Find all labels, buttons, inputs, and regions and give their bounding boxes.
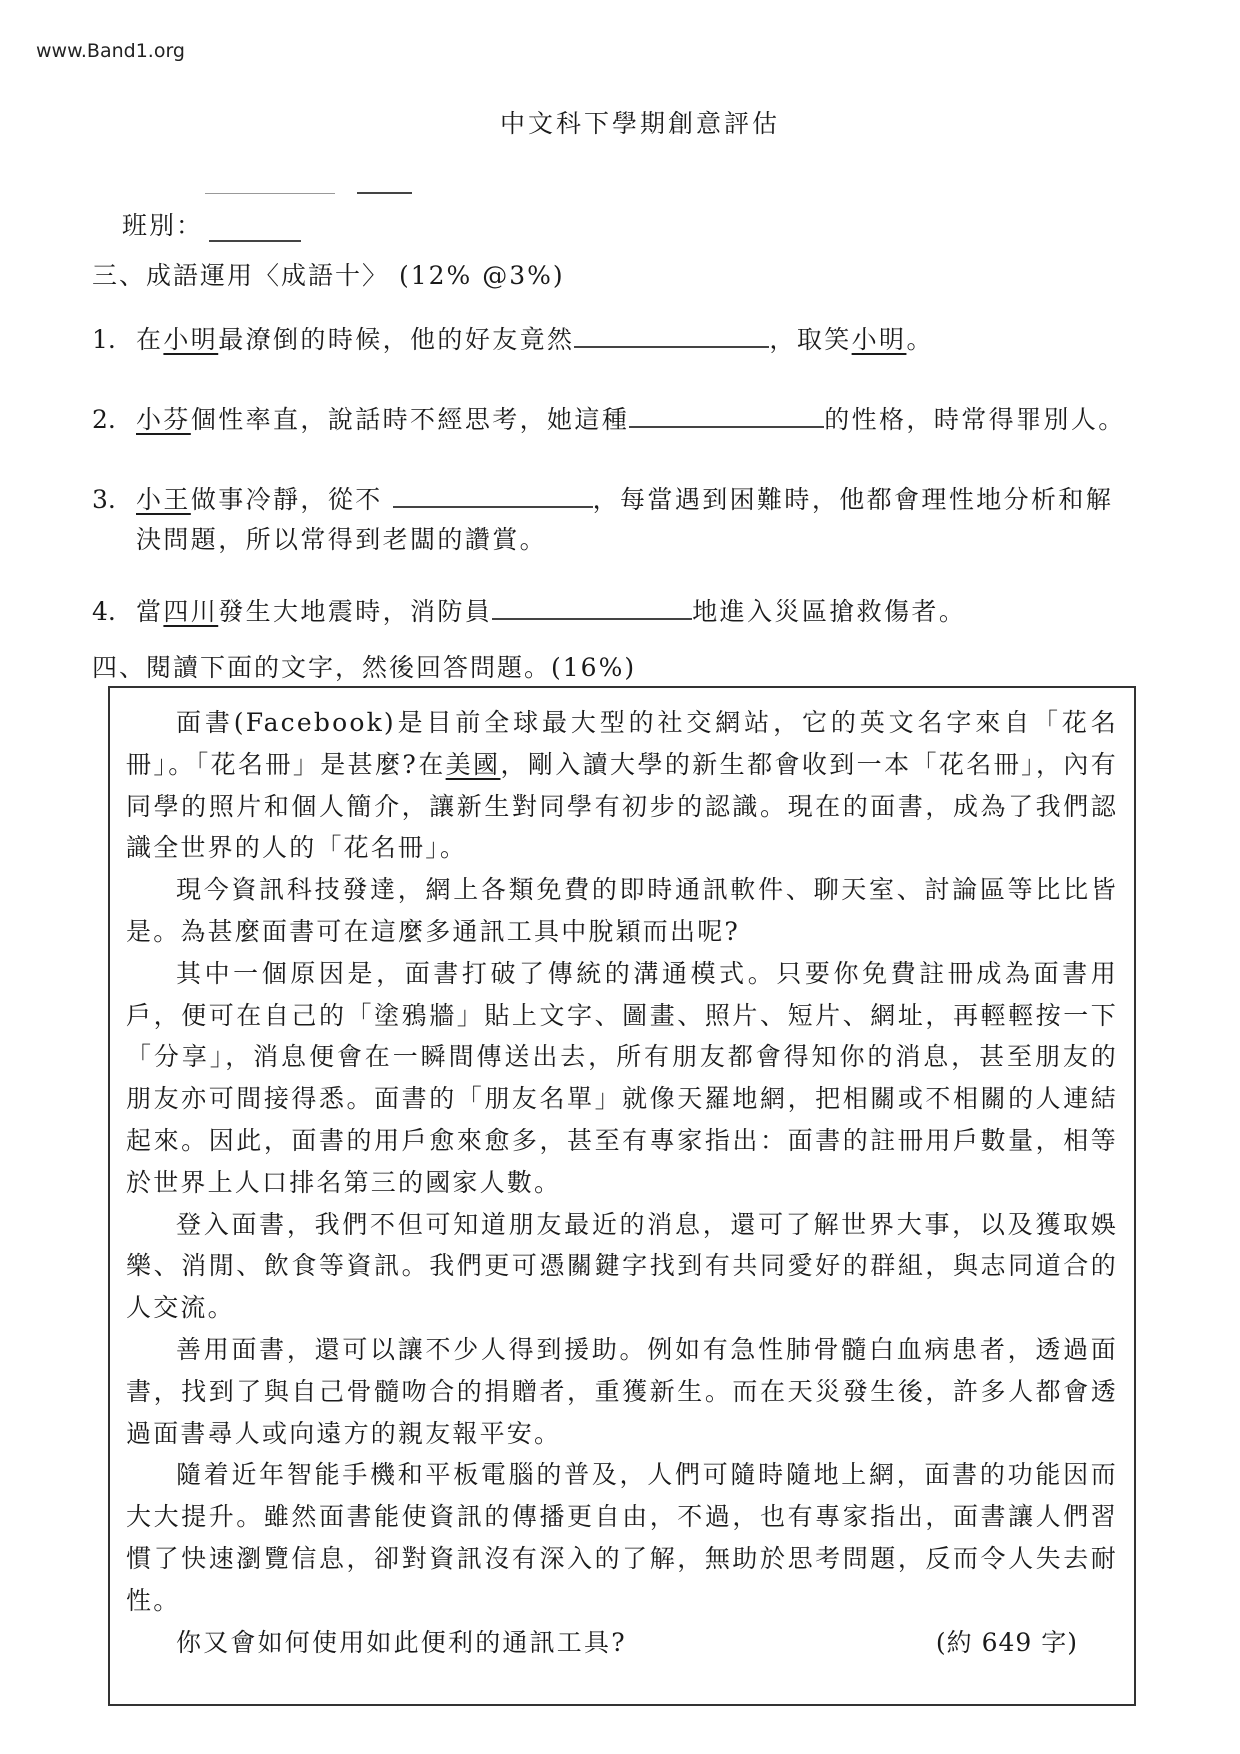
question-text: 地進入災區搶救傷者。: [692, 597, 966, 626]
section3-heading: 三、成語運用〈成語十〉 (12% @3%): [92, 256, 565, 292]
word-count: (約 649 字): [886, 1622, 1078, 1664]
question-text: 最潦倒的時候，他的好友竟然: [218, 325, 574, 354]
question-text: 在: [136, 325, 163, 354]
passage-paragraph-1: 面書(Facebook)是目前全球最大型的社交網站，它的英文名字來自「花名冊」。…: [126, 702, 1118, 869]
answer-blank-3[interactable]: [393, 480, 593, 508]
section4-heading: 四、閱讀下面的文字，然後回答問題。(16%): [92, 648, 636, 684]
class-field-blank[interactable]: [209, 210, 301, 242]
question-text: 發生大地震時，消防員: [218, 597, 492, 626]
question-text: 。: [906, 325, 933, 354]
question-text: ，取笑: [769, 325, 851, 354]
document-title: 中文科下學期創意評估: [0, 104, 1240, 140]
proper-noun: 小芬: [136, 405, 191, 434]
question-number: 3.: [92, 480, 136, 520]
proper-noun: 小明: [852, 325, 907, 354]
passage-paragraph-5: 善用面書，還可以讓不少人得到援助。例如有急性肺骨髓白血病患者，透過面書，找到了與…: [126, 1329, 1118, 1454]
question-text-continuation: 決問題，所以常得到老闆的讚賞。: [92, 520, 1113, 560]
class-field-label: 班別：: [122, 206, 203, 242]
divider: [357, 192, 412, 194]
divider: [205, 193, 335, 194]
passage-paragraph-4: 登入面書，我們不但可知道朋友最近的消息，還可了解世界大事，以及獲取娛樂、消閒、飲…: [126, 1204, 1118, 1329]
question-2: 2.小芬個性率直，說話時不經思考，她這種的性格，時常得罪別人。: [92, 400, 1126, 440]
question-text: 當: [136, 597, 163, 626]
question-number: 2.: [92, 400, 136, 440]
passage-closing: 你又會如何使用如此便利的通訊工具? (約 649 字): [126, 1622, 1118, 1664]
answer-blank-2[interactable]: [629, 400, 824, 428]
question-4: 4.當四川發生大地震時，消防員地進入災區搶救傷者。: [92, 592, 966, 632]
passage-paragraph-2: 現今資訊科技發達，網上各類免費的即時通訊軟件、聊天室、討論區等比比皆是。為甚麼面…: [126, 869, 1118, 953]
question-number: 1.: [92, 320, 136, 360]
closing-question: 你又會如何使用如此便利的通訊工具?: [126, 1622, 627, 1664]
passage-paragraph-6: 隨着近年智能手機和平板電腦的普及，人們可隨時隨地上網，面書的功能因而大大提升。雖…: [126, 1454, 1118, 1621]
answer-blank-1[interactable]: [574, 320, 769, 348]
proper-noun: 四川: [163, 597, 218, 626]
question-text: 的性格，時常得罪別人。: [824, 405, 1125, 434]
site-watermark: www.Band1.org: [36, 40, 185, 62]
question-text: 做事冷靜，從不: [191, 485, 383, 514]
passage-paragraph-3: 其中一個原因是，面書打破了傳統的溝通模式。只要你免費註冊成為面書用戶，便可在自己…: [126, 953, 1118, 1204]
question-text: ，每當遇到困難時，他都會理性地分析和解: [593, 485, 1114, 514]
class-field: 班別：: [122, 206, 301, 242]
reading-passage-box: 面書(Facebook)是目前全球最大型的社交網站，它的英文名字來自「花名冊」。…: [108, 686, 1136, 1706]
question-3: 3.小王做事冷靜，從不，每當遇到困難時，他都會理性地分析和解 決問題，所以常得到…: [92, 480, 1113, 560]
question-number: 4.: [92, 592, 136, 632]
proper-noun: 小王: [136, 485, 191, 514]
answer-blank-4[interactable]: [492, 592, 692, 620]
question-1: 1.在小明最潦倒的時候，他的好友竟然，取笑小明。: [92, 320, 934, 360]
question-text: 個性率直，說話時不經思考，她這種: [191, 405, 629, 434]
proper-noun: 小明: [163, 325, 218, 354]
proper-noun: 美國: [446, 750, 501, 779]
